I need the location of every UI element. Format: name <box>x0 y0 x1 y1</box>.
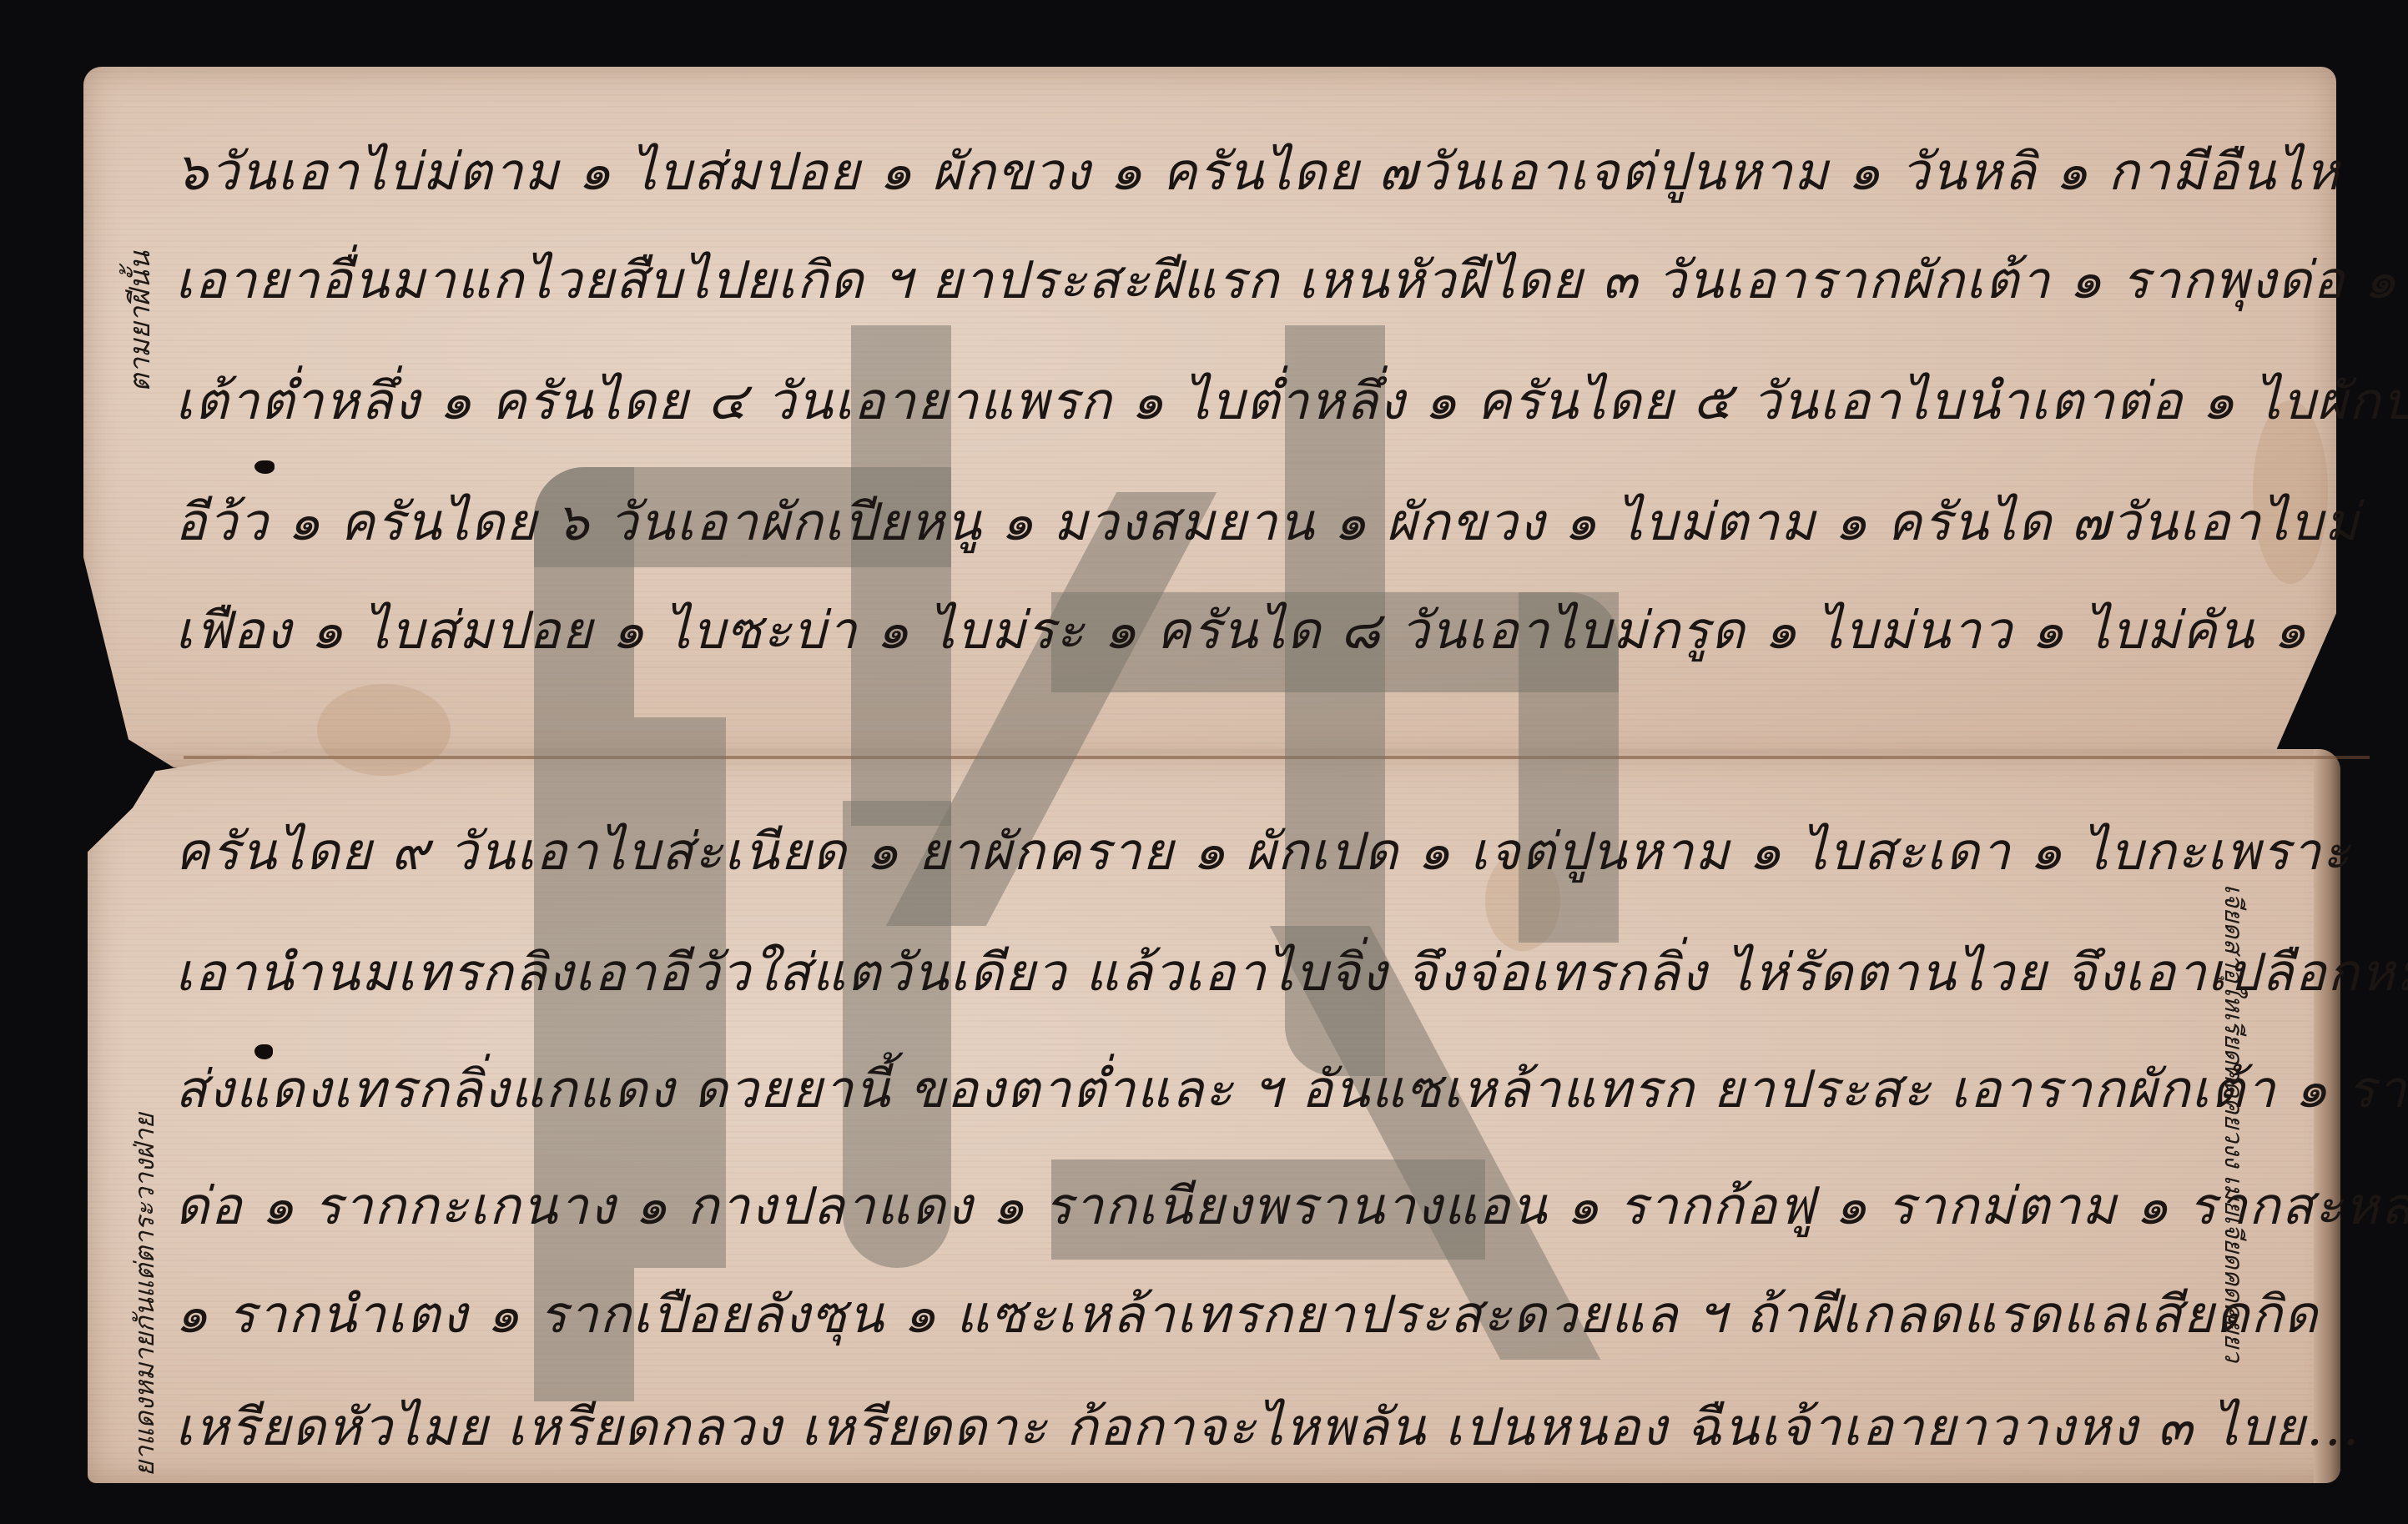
manuscript-line: ๖วันเอาไบ่ม่ตาม ๑ ไบส่มปอย ๑ ผักขวง ๑ คร… <box>175 146 2340 198</box>
ink-blot <box>254 460 275 474</box>
ink-blot <box>254 1044 273 1059</box>
manuscript-line: เหรียดหัวไมย เหรียดกลวง เหรียดดาะ ก้อกาจ… <box>175 1401 2360 1453</box>
stain <box>317 684 451 776</box>
manuscript-line: เฟือง ๑ ไบส่มปอย ๑ ไบซะบ่า ๑ ไบม่ระ ๑ คร… <box>175 605 2308 656</box>
manuscript-line: ครันไดย ๙ วันเอาไบส่ะเนียด ๑ ยาผักคราย ๑… <box>175 826 2351 878</box>
manuscript-line: ส่งแดงเทรกลิ่งแกแดง ดวยยานี้ ของตาต่ำและ… <box>175 1064 2408 1115</box>
margin-note-top-left: ตามยาฝีนั้น <box>117 251 162 392</box>
manuscript-line: อีว้ว ๑ ครันไดย ๖ วันเอาผักเปียหนู ๑ มวง… <box>175 496 2360 548</box>
manuscript-line: ด่อ ๑ รากกะเกนาง ๑ กางปลาแดง ๑ รากเนียงพ… <box>175 1180 2408 1232</box>
fold-crease <box>184 756 2370 759</box>
manuscript-line: ๑ รากนำเตง ๑ รากเปือยลังซุน ๑ แซะเหล้าเท… <box>175 1289 2319 1340</box>
manuscript-line: เอายาอื่นมาแกไวยสืบไปยเกิด ฯ ยาประสะฝีแร… <box>175 254 2398 306</box>
margin-note-bottom-right: เจียดสาอุใหเรียดคดคยวงง เมยเจียดคดคยยว <box>2214 884 2253 1362</box>
margin-note-bottom-left: ยาแดงหมายกันแต่ตาระวางฝ่าย <box>123 1114 166 1476</box>
manuscript-line: เต้าต่ำหลึ่ง ๑ ครันไดย ๔ วันเอายาแพรก ๑ … <box>175 375 2408 427</box>
manuscript-line: เอานำนมเทรกลิงเอาอีวัวใส่แตวันเดียว แล้ว… <box>175 947 2408 998</box>
